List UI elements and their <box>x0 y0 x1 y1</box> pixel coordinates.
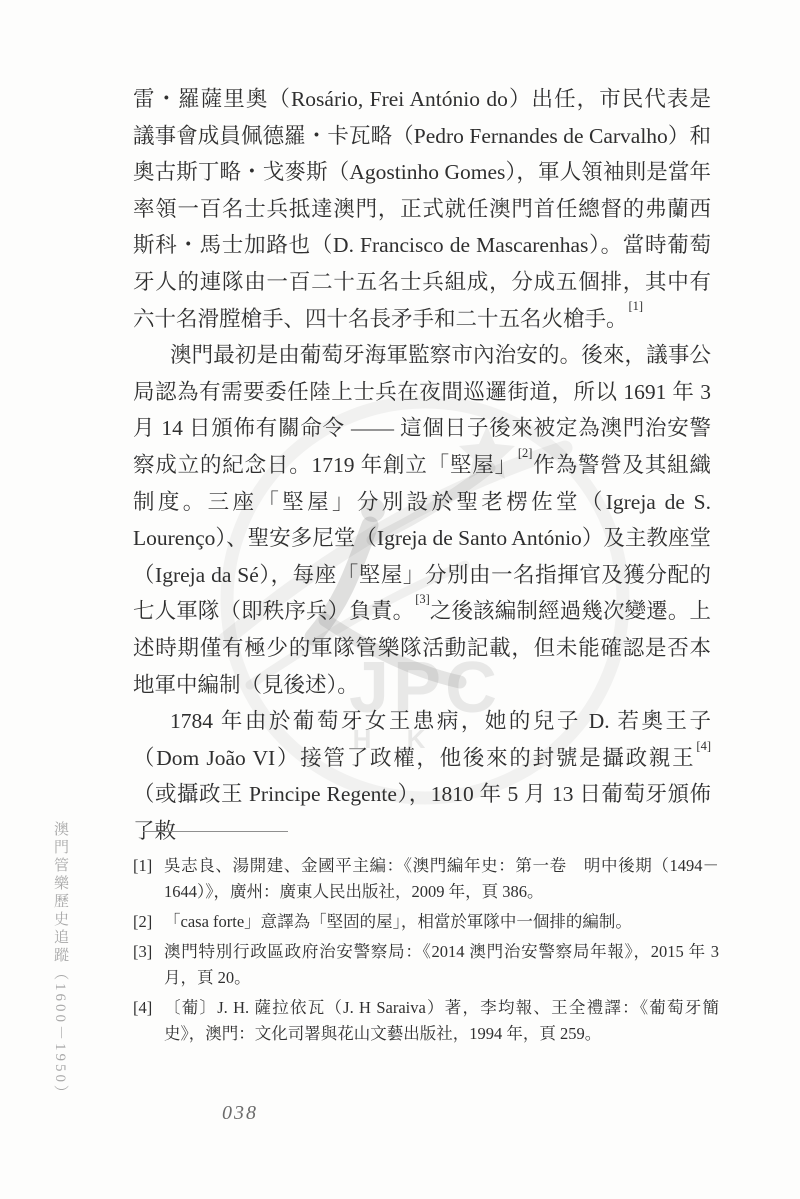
footnote-item: [3] 澳門特別行政區政府治安警察局：《2014 澳門治安警察局年報》，2015… <box>133 939 719 991</box>
footnote-text: 〔葡〕J. H. 薩拉依瓦（J. H Saraiva）著，李均報、王全禮譯：《葡… <box>164 998 719 1043</box>
footnote-text: 澳門特別行政區政府治安警察局：《2014 澳門治安警察局年報》，2015 年 3… <box>164 942 719 987</box>
footnote-marker: [3] <box>133 939 152 965</box>
footnote-marker: [4] <box>133 995 152 1021</box>
page-content: 澳門管樂歷史追蹤（1600－1950） 雷・羅薩里奧（Rosário, Frei… <box>0 0 800 1199</box>
footnote-text: 「casa forte」意譯為「堅固的屋」，相當於軍隊中一個排的編制。 <box>164 912 632 931</box>
paragraph: 雷・羅薩里奧（Rosário, Frei António do）出任，市民代表是… <box>133 81 711 337</box>
footnote-ref-3: [3] <box>415 592 430 606</box>
paragraph-text: 雷・羅薩里奧（Rosário, Frei António do）出任，市民代表是… <box>133 87 711 331</box>
paragraph-text: （或攝政王 Principe Regente），1810 年 5 月 13 日葡… <box>133 782 711 843</box>
footnotes: [1] 吳志良、湯開建、金國平主編：《澳門編年史：第一卷 明中後期（1494－1… <box>133 853 719 1051</box>
footnote-ref-1: [1] <box>629 299 644 313</box>
footnote-ref-4: [4] <box>696 739 711 753</box>
book-page: JPC H K 澳門管樂歷史追蹤（1600－1950） 雷・羅薩里奧（Rosár… <box>0 0 800 1199</box>
footnote-marker: [2] <box>133 909 152 935</box>
paragraph: 澳門最初是由葡萄牙海軍監察市內治安的。後來，議事公局認為有需要委任陸上士兵在夜間… <box>133 337 711 703</box>
footnote-item: [2] 「casa forte」意譯為「堅固的屋」，相當於軍隊中一個排的編制。 <box>133 909 719 935</box>
paragraph: 1784 年由於葡萄牙女王患病，她的兒子 D. 若奧王子（Dom João VI… <box>133 703 711 849</box>
spine-title: 澳門管樂歷史追蹤（1600－1950） <box>50 821 71 1103</box>
footnote-ref-2: [2] <box>518 446 533 460</box>
footnote-item: [1] 吳志良、湯開建、金國平主編：《澳門編年史：第一卷 明中後期（1494－1… <box>133 853 719 905</box>
footnote-divider <box>143 831 288 832</box>
paragraph-text: 1784 年由於葡萄牙女王患病，她的兒子 D. 若奧王子（Dom João VI… <box>133 709 711 770</box>
footnote-text: 吳志良、湯開建、金國平主編：《澳門編年史：第一卷 明中後期（1494－1644）… <box>164 856 719 901</box>
footnote-item: [4] 〔葡〕J. H. 薩拉依瓦（J. H Saraiva）著，李均報、王全禮… <box>133 995 719 1047</box>
page-number: 038 <box>222 1102 258 1125</box>
body-text: 雷・羅薩里奧（Rosário, Frei António do）出任，市民代表是… <box>133 81 711 849</box>
footnote-marker: [1] <box>133 853 152 879</box>
